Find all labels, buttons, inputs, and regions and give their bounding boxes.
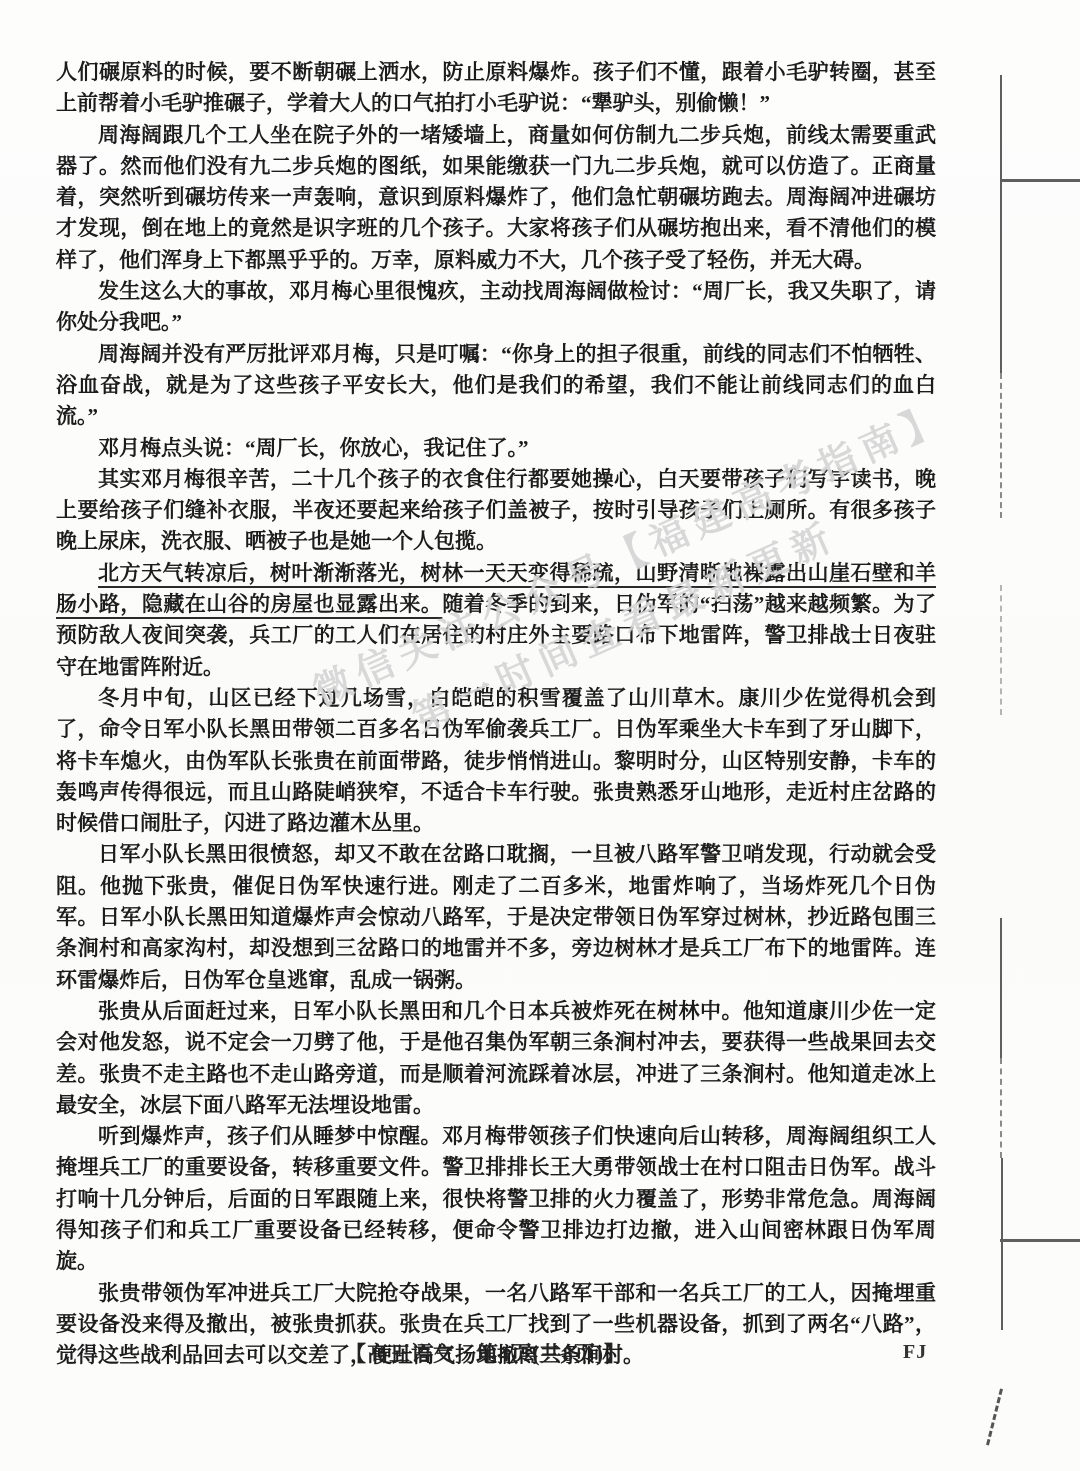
- scan-edge-vertical-dashes-1: [1000, 373, 1002, 518]
- paragraph: 冬月中旬，山区已经下过几场雪，白皑皑的积雪覆盖了山川草木。康川少佐觉得机会到了，…: [56, 683, 936, 839]
- paragraph-text: 其实邓月梅很辛苦，二十几个孩子的衣食住行都要她操心，白天要带孩子们写字读书，晚上…: [56, 467, 936, 554]
- paragraph-text: 发生这么大的事故，邓月梅心里很愧疚，主动找周海阔做检讨：“周厂长，我又失职了，请…: [56, 279, 936, 334]
- scan-edge-vertical-line-bottom: [1001, 1158, 1003, 1330]
- scan-corner-mark: [986, 1388, 1003, 1445]
- scan-edge-vertical-dashes-3: [1000, 1058, 1002, 1158]
- paragraph: 邓月梅点头说：“周厂长，你放心，我记住了。”: [56, 433, 936, 464]
- page-footer: 【高三语文 第4页(共8页)】 FJ: [0, 1338, 1080, 1372]
- paragraph: 周海阔跟几个工人坐在院子外的一堵矮墙上，商量如何仿制九二步兵炮，前线太需要重武器…: [56, 120, 936, 276]
- footer-paper-code: FJ: [903, 1341, 927, 1364]
- scan-edge-vertical-line-middle: [1000, 918, 1002, 1058]
- paragraph-text: 冬月中旬，山区已经下过几场雪，白皑皑的积雪覆盖了山川草木。康川少佐觉得机会到了，…: [56, 686, 936, 835]
- paragraph: 听到爆炸声，孩子们从睡梦中惊醒。邓月梅带领孩子们快速向后山转移，周海阔组织工人掩…: [56, 1121, 936, 1277]
- scan-edge-vertical-dashes-2: [1000, 585, 1002, 715]
- paragraph-text: 邓月梅点头说：“周厂长，你放心，我记住了。”: [98, 436, 529, 460]
- paragraph-text: 周海阔并没有严厉批评邓月梅，只是叮嘱：“你身上的担子很重，前线的同志们不怕牺牲、…: [56, 342, 936, 429]
- paragraph-text: 日军小队长黑田很愤怒，却又不敢在岔路口耽搁，一旦被八路军警卫哨发现，行动就会受阻…: [56, 842, 936, 991]
- paragraph: 人们碾原料的时候，要不断朝碾上洒水，防止原料爆炸。孩子们不懂，跟着小毛驴转圈，甚…: [56, 57, 936, 120]
- paragraph: 发生这么大的事故，邓月梅心里很愧疚，主动找周海阔做检讨：“周厂长，我又失职了，请…: [56, 276, 936, 339]
- paragraph: 日军小队长黑田很愤怒，却又不敢在岔路口耽搁，一旦被八路军警卫哨发现，行动就会受阻…: [56, 839, 936, 995]
- paragraph-text: 听到爆炸声，孩子们从睡梦中惊醒。邓月梅带领孩子们快速向后山转移，周海阔组织工人掩…: [56, 1124, 936, 1273]
- paragraph-text: 人们碾原料的时候，要不断朝碾上洒水，防止原料爆炸。孩子们不懂，跟着小毛驴转圈，甚…: [56, 60, 936, 115]
- paragraph: 周海阔并没有严厉批评邓月梅，只是叮嘱：“你身上的担子很重，前线的同志们不怕牺牲、…: [56, 339, 936, 433]
- scan-edge-horizontal-tick-bottom: [1000, 1239, 1080, 1242]
- paragraph: 张贵从后面赶过来，日军小队长黑田和几个日本兵被炸死在树林中。他知道康川少佐一定会…: [56, 996, 936, 1121]
- scanned-exam-page: 人们碾原料的时候，要不断朝碾上洒水，防止原料爆炸。孩子们不懂，跟着小毛驴转圈，甚…: [0, 0, 1080, 1471]
- passage: 人们碾原料的时候，要不断朝碾上洒水，防止原料爆炸。孩子们不懂，跟着小毛驴转圈，甚…: [56, 57, 936, 1371]
- scan-edge-vertical-line-top: [1000, 75, 1002, 373]
- paragraph: 其实邓月梅很辛苦，二十几个孩子的衣食住行都要她操心，白天要带孩子们写字读书，晚上…: [56, 464, 936, 558]
- scan-edge-horizontal-tick-top: [1000, 179, 1080, 182]
- paragraph-text: 周海阔跟几个工人坐在院子外的一堵矮墙上，商量如何仿制九二步兵炮，前线太需要重武器…: [56, 123, 936, 272]
- paragraph: 北方天气转凉后，树叶渐渐落光，树林一天天变得稀疏，山野清晰地裸露出山崖石壁和羊肠…: [56, 558, 936, 683]
- footer-page-info: 【高三语文 第4页(共8页)】: [345, 1338, 626, 1368]
- paragraph-text: 张贵从后面赶过来，日军小队长黑田和几个日本兵被炸死在树林中。他知道康川少佐一定会…: [56, 999, 936, 1117]
